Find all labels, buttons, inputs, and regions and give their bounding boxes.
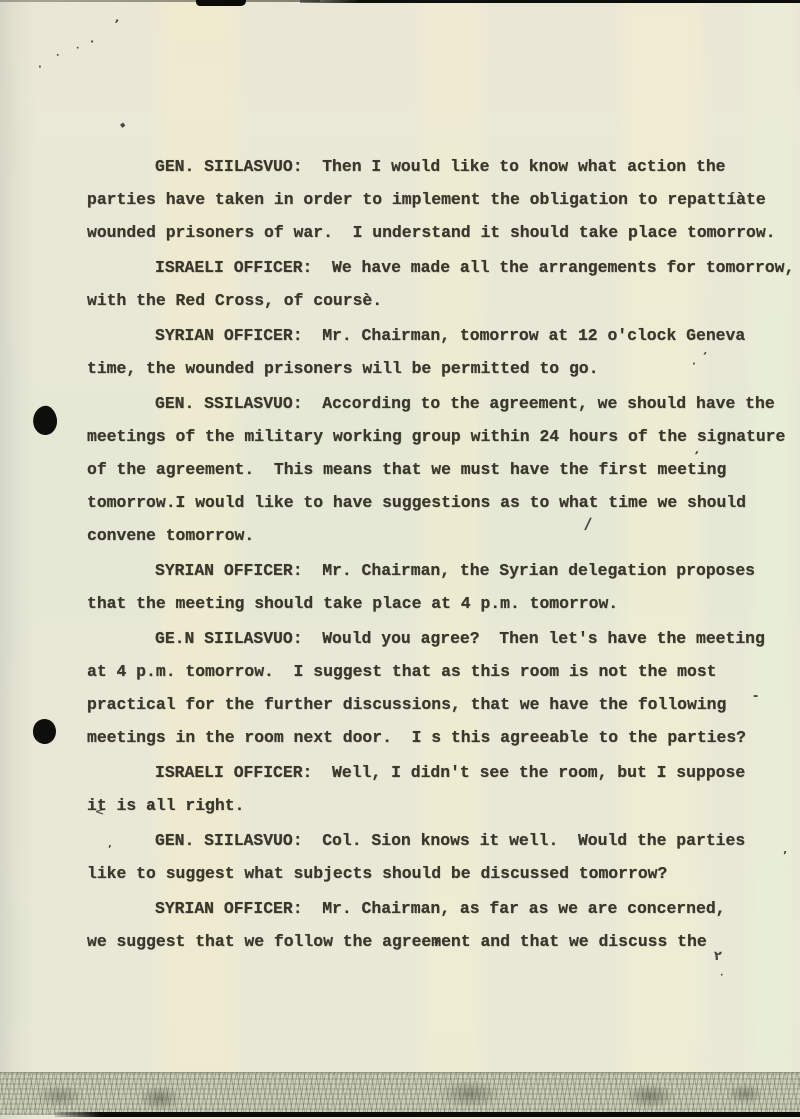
ink-speck: ’ xyxy=(108,845,112,855)
transcript-line: SYRIAN OFFICER: Mr. Chairman, the Syrian… xyxy=(87,554,800,587)
transcript-line: at 4 p.m. tomorrow. I suggest that as th… xyxy=(87,655,800,688)
ink-speck: · xyxy=(720,972,723,981)
ink-speck: ◆ xyxy=(119,122,126,130)
ink-speck: ’ xyxy=(783,850,787,861)
paragraph: SYRIAN OFFICER: Mr. Chairman, as far as … xyxy=(87,892,800,958)
ink-speck: · xyxy=(38,63,42,73)
paragraph: GEN. SIILASVUO: Col. Sion knows it well.… xyxy=(87,824,800,890)
transcript-line: GEN. SIILASVUO: Col. Sion knows it well.… xyxy=(87,824,800,857)
ink-speck: · xyxy=(692,360,696,370)
paragraph: ISRAELI OFFICER: Well, I didn't see the … xyxy=(87,756,800,822)
ink-blob xyxy=(31,404,60,437)
transcript: GEN. SIILASVUO: Then I would like to kno… xyxy=(87,150,800,958)
transcript-line: GEN. SSILASVUO: According to the agreeme… xyxy=(87,387,800,420)
ink-speck: * xyxy=(434,938,441,951)
paragraph: SYRIAN OFFICER: Mr. Chairman, the Syrian… xyxy=(87,554,800,620)
transcript-line: GE.N SIILASVUO: Would you agree? Then le… xyxy=(87,622,800,655)
ink-speck: ▴ xyxy=(205,801,208,807)
transcript-line: meetings in the room next door. I s this… xyxy=(87,721,800,754)
scanner-top-edge-left xyxy=(0,0,320,2)
paragraph: GEN. SSILASVUO: According to the agreeme… xyxy=(87,387,800,552)
transcript-line: it is all right. xyxy=(87,789,800,822)
transcript-line: with the Red Cross, of coursè. xyxy=(87,284,800,317)
scanner-bottom-edge xyxy=(55,1112,800,1117)
transcript-line: like to suggest what subjects should be … xyxy=(87,857,800,890)
transcript-line: we suggest that we follow the agreement … xyxy=(87,925,800,958)
paragraph: ISRAELI OFFICER: We have made all the ar… xyxy=(87,251,800,317)
transcript-line: SYRIAN OFFICER: Mr. Chairman, as far as … xyxy=(87,892,800,925)
ink-speck: ’ xyxy=(113,18,120,31)
transcript-line: that the meeting should take place at 4 … xyxy=(87,587,800,620)
ink-speck: · xyxy=(90,36,94,47)
transcript-line: meetings of the military working group w… xyxy=(87,420,800,453)
transcript-line: tomorrow.I would like to have suggestion… xyxy=(87,486,800,519)
ink-speck: - xyxy=(753,690,758,703)
transcript-line: parties have taken in order to implement… xyxy=(87,183,800,216)
scanned-page: GEN. SIILASVUO: Then I would like to kno… xyxy=(0,0,800,1119)
ink-speck: < xyxy=(95,806,104,817)
paragraph: SYRIAN OFFICER: Mr. Chairman, tomorrow a… xyxy=(87,319,800,385)
scanner-top-edge-blob xyxy=(196,0,246,6)
scanner-top-edge-right xyxy=(300,0,800,3)
transcript-line: convene tomorrow. xyxy=(87,519,800,552)
transcript-line: wounded prisoners of war. I understand i… xyxy=(87,216,800,249)
scanner-noise-band xyxy=(0,1072,800,1115)
ink-speck: · xyxy=(76,45,79,54)
ink-speck: ٢ xyxy=(714,950,722,963)
ink-blob xyxy=(32,718,57,745)
paragraph: GEN. SIILASVUO: Then I would like to kno… xyxy=(87,150,800,249)
transcript-line: ISRAELI OFFICER: Well, I didn't see the … xyxy=(87,756,800,789)
ink-speck: ∙ xyxy=(56,52,59,61)
ink-speck: · xyxy=(150,804,153,813)
transcript-line: ISRAELI OFFICER: We have made all the ar… xyxy=(87,251,800,284)
paragraph: GE.N SIILASVUO: Would you agree? Then le… xyxy=(87,622,800,754)
transcript-line: GEN. SIILASVUO: Then I would like to kno… xyxy=(87,150,800,183)
transcript-line: practical for the further discussions, t… xyxy=(87,688,800,721)
transcript-line: SYRIAN OFFICER: Mr. Chairman, tomorrow a… xyxy=(87,319,800,352)
